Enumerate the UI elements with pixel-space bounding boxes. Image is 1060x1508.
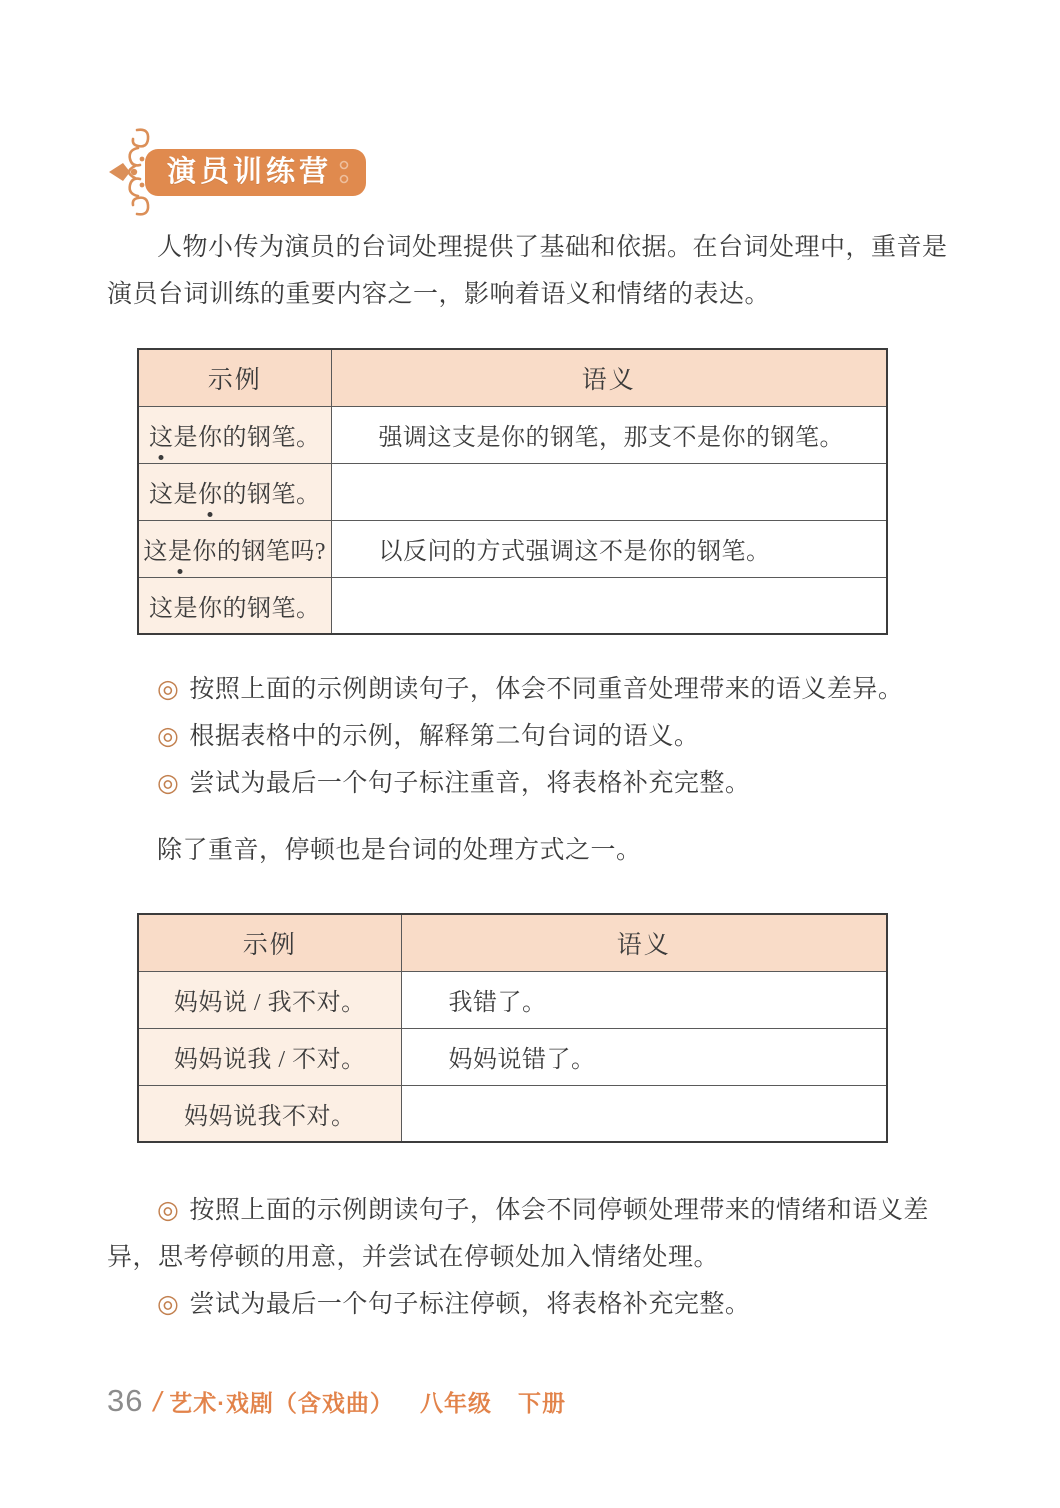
task-text: 按照上面的示例朗读句子，体会不同重音处理带来的语义差异。 xyxy=(189,676,903,703)
task-item: ◎按照上面的示例朗读句子，体会不同重音处理带来的语义差异。 xyxy=(107,666,950,713)
meaning-cell xyxy=(331,577,887,634)
meaning-cell xyxy=(331,463,887,520)
table-row: 这是你的钢笔。 xyxy=(138,463,887,520)
section-badge: 演员训练营 xyxy=(145,149,366,196)
task-bullet-icon: ◎ xyxy=(157,1291,179,1318)
book-title: 艺术·戏剧（含戏曲） xyxy=(169,1385,394,1418)
meaning-cell: 以反问的方式强调这不是你的钢笔。 xyxy=(331,520,887,577)
table-row: 妈妈说我不对。 xyxy=(138,1085,887,1142)
example-cell: 这是你的钢笔。 xyxy=(138,577,331,634)
section-header: 演员训练营 xyxy=(107,0,950,218)
task-bullet-icon: ◎ xyxy=(157,676,179,703)
meaning-cell: 强调这支是你的钢笔，那支不是你的钢笔。 xyxy=(331,406,887,463)
emphasis-table: 示例语义这是你的钢笔。强调这支是你的钢笔，那支不是你的钢笔。这是你的钢笔。这是你… xyxy=(137,348,888,635)
scroll-ornament-icon xyxy=(107,126,153,218)
meaning-cell xyxy=(401,1085,887,1142)
task-item: ◎按照上面的示例朗读句子，体会不同停顿处理带来的情绪和语义差异，思考停顿的用意，… xyxy=(107,1187,950,1281)
emphasis-task-list: ◎按照上面的示例朗读句子，体会不同重音处理带来的语义差异。◎根据表格中的示例，解… xyxy=(107,666,950,807)
task-text: 尝试为最后一个句子标注重音，将表格补充完整。 xyxy=(189,770,750,797)
meaning-cell: 我错了。 xyxy=(401,971,887,1028)
textbook-page: 演员训练营 人物小传为演员的台词处理提供了基础和依据。在台词处理中，重音是演员台… xyxy=(0,0,1060,1508)
pause-intro-paragraph: 除了重音，停顿也是台词的处理方式之一。 xyxy=(107,827,950,874)
column-header: 语义 xyxy=(331,349,887,406)
emphasis-dot-char: 你 xyxy=(198,474,223,509)
badge-decoration-icon xyxy=(336,155,352,189)
table-row: 妈妈说 / 我不对。我错了。 xyxy=(138,971,887,1028)
task-text: 尝试为最后一个句子标注停顿，将表格补充完整。 xyxy=(189,1291,750,1318)
task-item: ◎尝试为最后一个句子标注停顿，将表格补充完整。 xyxy=(107,1281,950,1328)
example-cell: 这是你的钢笔。 xyxy=(138,406,331,463)
table-row: 妈妈说我 / 不对。妈妈说错了。 xyxy=(138,1028,887,1085)
task-bullet-icon: ◎ xyxy=(157,770,179,797)
pause-table: 示例语义妈妈说 / 我不对。我错了。妈妈说我 / 不对。妈妈说错了。妈妈说我不对… xyxy=(137,913,888,1143)
column-header: 语义 xyxy=(401,914,887,971)
table-row: 这是你的钢笔。强调这支是你的钢笔，那支不是你的钢笔。 xyxy=(138,406,887,463)
example-cell: 妈妈说 / 我不对。 xyxy=(138,971,401,1028)
page-number: 36 xyxy=(107,1383,143,1419)
example-cell: 妈妈说我 / 不对。 xyxy=(138,1028,401,1085)
task-bullet-icon: ◎ xyxy=(157,1197,179,1224)
example-cell: 这是你的钢笔吗? xyxy=(138,520,331,577)
volume-label: 下册 xyxy=(518,1385,566,1418)
page-footer: 36 / 艺术·戏剧（含戏曲） 八年级 下册 xyxy=(107,1383,566,1419)
task-item: ◎尝试为最后一个句子标注重音，将表格补充完整。 xyxy=(107,760,950,807)
task-text: 按照上面的示例朗读句子，体会不同停顿处理带来的情绪和语义差异，思考停顿的用意，并… xyxy=(107,1197,929,1271)
grade-label: 八年级 xyxy=(420,1385,492,1418)
intro-paragraph: 人物小传为演员的台词处理提供了基础和依据。在台词处理中，重音是演员台词训练的重要… xyxy=(107,224,950,318)
emphasis-dot-char: 是 xyxy=(168,531,193,566)
column-header: 示例 xyxy=(138,914,401,971)
section-title: 演员训练营 xyxy=(167,158,332,187)
pause-task-list: ◎按照上面的示例朗读句子，体会不同停顿处理带来的情绪和语义差异，思考停顿的用意，… xyxy=(107,1187,950,1328)
task-bullet-icon: ◎ xyxy=(157,723,179,750)
task-text: 根据表格中的示例，解释第二句台词的语义。 xyxy=(189,723,699,750)
emphasis-dot-char: 这 xyxy=(149,417,174,452)
column-header: 示例 xyxy=(138,349,331,406)
table-row: 这是你的钢笔。 xyxy=(138,577,887,634)
meaning-cell: 妈妈说错了。 xyxy=(401,1028,887,1085)
example-cell: 妈妈说我不对。 xyxy=(138,1085,401,1142)
task-item: ◎根据表格中的示例，解释第二句台词的语义。 xyxy=(107,713,950,760)
example-cell: 这是你的钢笔。 xyxy=(138,463,331,520)
table-row: 这是你的钢笔吗?以反问的方式强调这不是你的钢笔。 xyxy=(138,520,887,577)
footer-separator-icon: / xyxy=(153,1386,161,1418)
